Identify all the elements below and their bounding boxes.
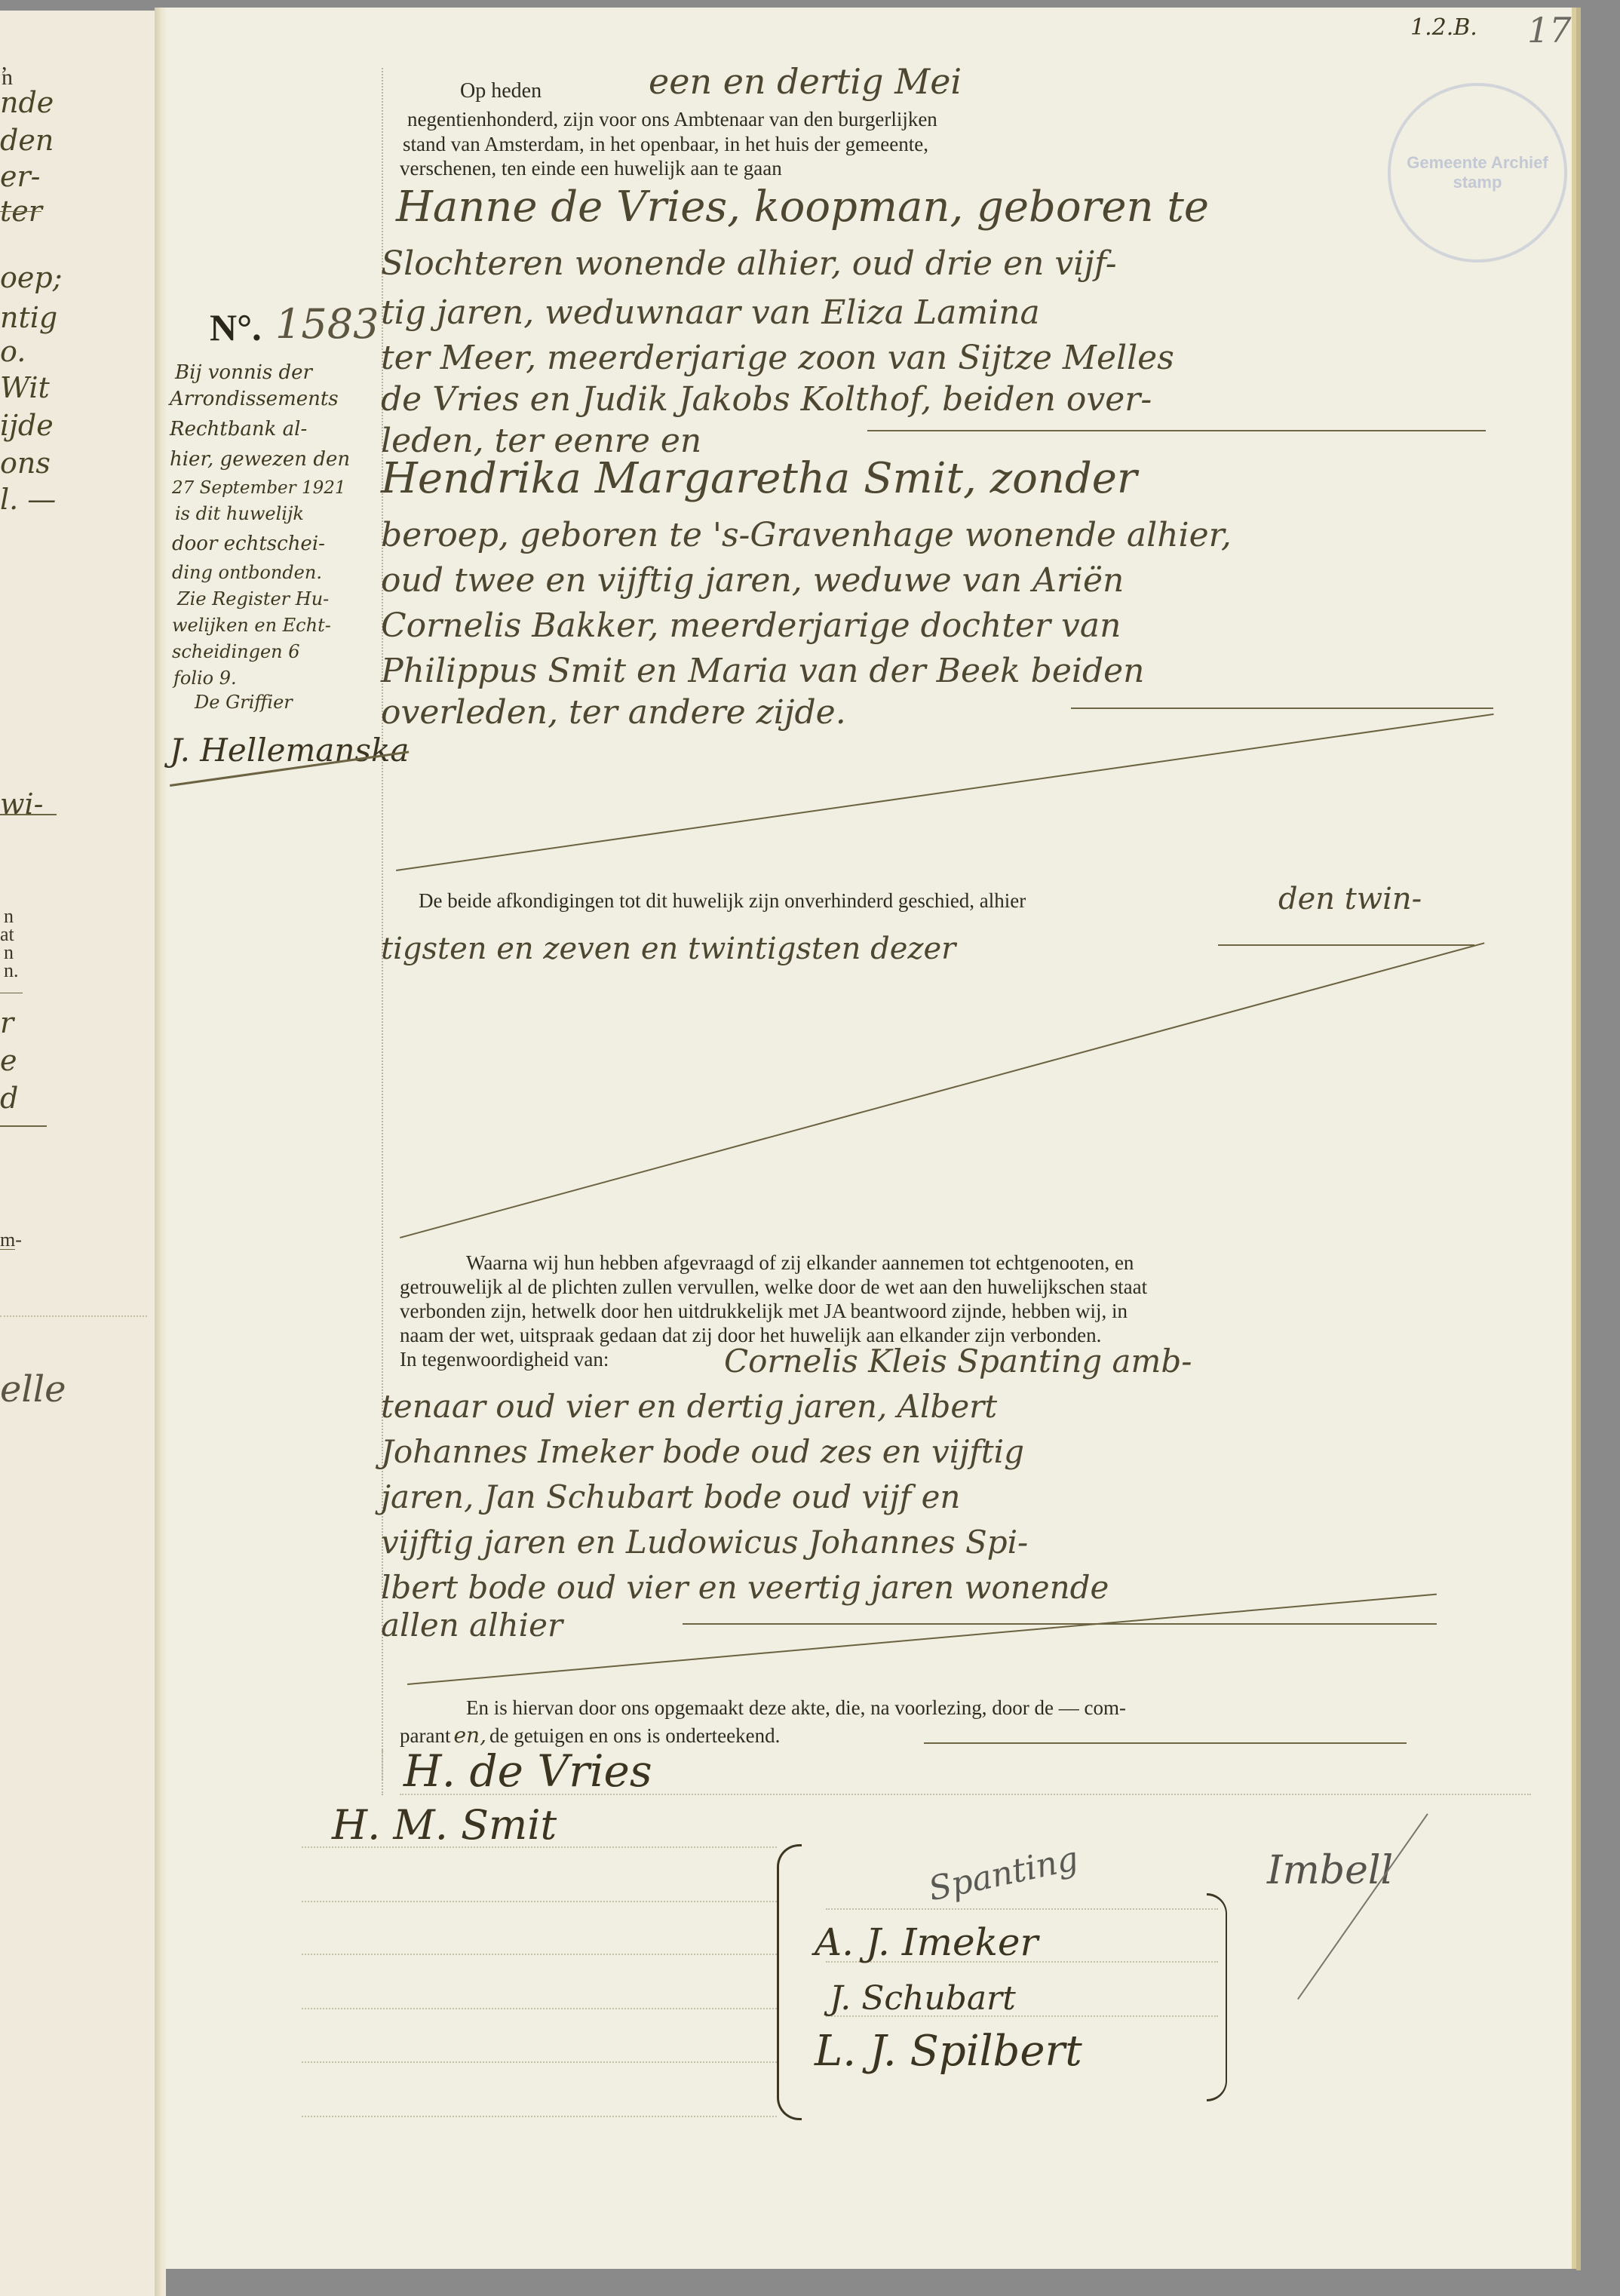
groom-line: ter Meer, meerderjarige zoon van Sijtze … [381,336,1174,381]
proclamations-printed: De beide afkondigingen tot dit huwelijk … [419,889,1026,913]
stamp-text: Gemeente Archief stamp [1391,153,1564,192]
declaration-line: In tegenwoordigheid van: [400,1347,609,1371]
previous-page-edge: , n nde den er- ter oep; ntig o. Wit ijd… [0,11,156,2296]
left-fragment: e [0,1044,17,1077]
signature-line [302,2061,777,2063]
act-number-label: N°. [210,305,262,349]
witness-bracket-right [1207,1893,1227,2101]
signature-bride: H. M. Smit [332,1803,557,1848]
left-fragment: wi- [0,787,44,821]
witnesses-line: jaren, Jan Schubart bode oud vijf en [381,1475,960,1520]
fill-line [924,1742,1407,1744]
witnesses-line: tenaar oud vier en dertig jaren, Albert [381,1384,997,1429]
margin-note-line: De Griffier [195,688,293,717]
declaration-line: getrouwelijk al de plichten zullen vervu… [400,1275,1147,1299]
left-fragment: oep; [0,261,63,294]
book-gutter [155,8,167,2296]
left-fragment: o. [0,335,26,368]
left-fragment: Wit [0,371,50,404]
intro-printed-line: stand van Amsterdam, in het openbaar, in… [403,132,928,156]
intro-printed-prefix: Op heden [460,79,542,103]
signature-groom: H. de Vries [403,1748,652,1794]
margin-note-line: is dit huwelijk [175,499,304,528]
witness-bracket-left [777,1844,802,2120]
margin-note-line: door echtschei- [172,529,325,558]
left-fragment: r [0,1006,14,1039]
proclamations-handwritten: den twin- [1278,876,1422,922]
bride-line: overleden, ter andere zijde. [381,690,846,735]
declaration-line: verbonden zijn, hetwelk door hen uitdruk… [400,1299,1128,1323]
left-signature-fragment: elle [0,1368,66,1410]
intro-printed-line: negentienhonderd, zijn voor ons Ambtenaa… [407,107,937,131]
fill-line [683,1623,1437,1625]
closing-handwritten: en, [453,1723,486,1748]
groom-line: tig jaren, weduwnaar van Eliza Lamina [381,290,1040,336]
left-fragment: ons [0,447,51,480]
left-fragment: l. — [0,483,56,516]
fill-line [867,430,1486,431]
signature-witness-4: L. J. Spilbert [815,2029,1082,2074]
margin-note-line: hier, gewezen den [170,445,350,474]
left-fragment: m- [0,1229,22,1251]
griffier-signature: J. Hellemanska [170,728,409,773]
register-code: 1.2.B. [1410,14,1477,42]
groom-line: Slochteren wonende alhier, oud drie en v… [381,241,1117,287]
signature-line [302,1954,777,1955]
left-fragment: d [0,1082,18,1115]
closing-printed: parant [400,1724,450,1747]
bride-line: oud twee en vijftig jaren, weduwe van Ar… [381,558,1124,603]
closing-line: En is hiervan door ons opgemaakt deze ak… [466,1696,1126,1720]
witnesses-line: Cornelis Kleis Spanting amb- [724,1339,1192,1384]
bride-line: Cornelis Bakker, meerderjarige dochter v… [381,603,1121,649]
margin-note-line: Rechtbank al- [170,415,307,444]
left-fragment: n. [4,959,19,982]
bride-line: beroep, geboren te 's-Gravenhage wonende… [381,513,1232,558]
signature-witness-2: A. J. Imeker [815,1920,1038,1965]
marriage-date-handwritten: een en dertig Mei [649,59,962,104]
intro-printed-line: verschenen, ten einde een huwelijk aan t… [400,156,782,180]
act-number: 1583 [275,302,379,347]
left-fragment: nde [0,86,54,119]
left-fragment: ntig [0,301,57,334]
margin-note-line: welijken en Echt- [172,611,331,640]
signature-line [302,2008,777,2009]
margin-note-line: scheidingen 6 [172,637,300,666]
signature-line [302,2116,777,2117]
witnesses-line: Johannes Imeker bode oud zes en vijftig [381,1429,1024,1475]
witnesses-line: vijftig jaren en Ludowicus Johannes Spi- [381,1520,1028,1565]
margin-note-line: 27 September 1921 [172,474,346,502]
left-fragment: den [0,124,54,157]
signature-line [826,1908,1218,1910]
proclamations-handwritten: tigsten en zeven en twintigsten dezer [381,926,956,972]
groom-line: de Vries en Judik Jakobs Kolthof, beiden… [381,377,1152,422]
groom-line: Hanne de Vries, koopman, geboren te [396,185,1209,230]
left-fragment: er- [0,160,41,193]
closing-printed: de getuigen en ons is onderteekend. [489,1724,780,1747]
witnesses-line: allen alhier [381,1603,563,1648]
margin-note-line: Bij vonnis der [175,358,312,387]
bride-line: Philippus Smit en Maria van der Beek bei… [381,649,1145,694]
margin-note-line: ding ontbonden. [172,558,322,587]
fill-line [1071,708,1493,709]
fill-line [1218,944,1474,946]
margin-note-line: Arrondissements [170,385,339,413]
archive-stamp: Gemeente Archief stamp [1388,83,1567,262]
folio-number: 17 [1527,8,1572,53]
margin-note-line: Zie Register Hu- [177,585,329,613]
signature-witness-3: J. Schubart [830,1976,1016,2021]
signature-line [302,1901,777,1902]
signature-official: Imbell [1267,1848,1393,1893]
bride-line: Hendrika Margaretha Smit, zonder [381,456,1137,502]
left-fragment: ijde [0,409,54,442]
declaration-line: Waarna wij hun hebben afgevraagd of zij … [466,1251,1134,1275]
scan-background-bottom [166,2269,1576,2296]
